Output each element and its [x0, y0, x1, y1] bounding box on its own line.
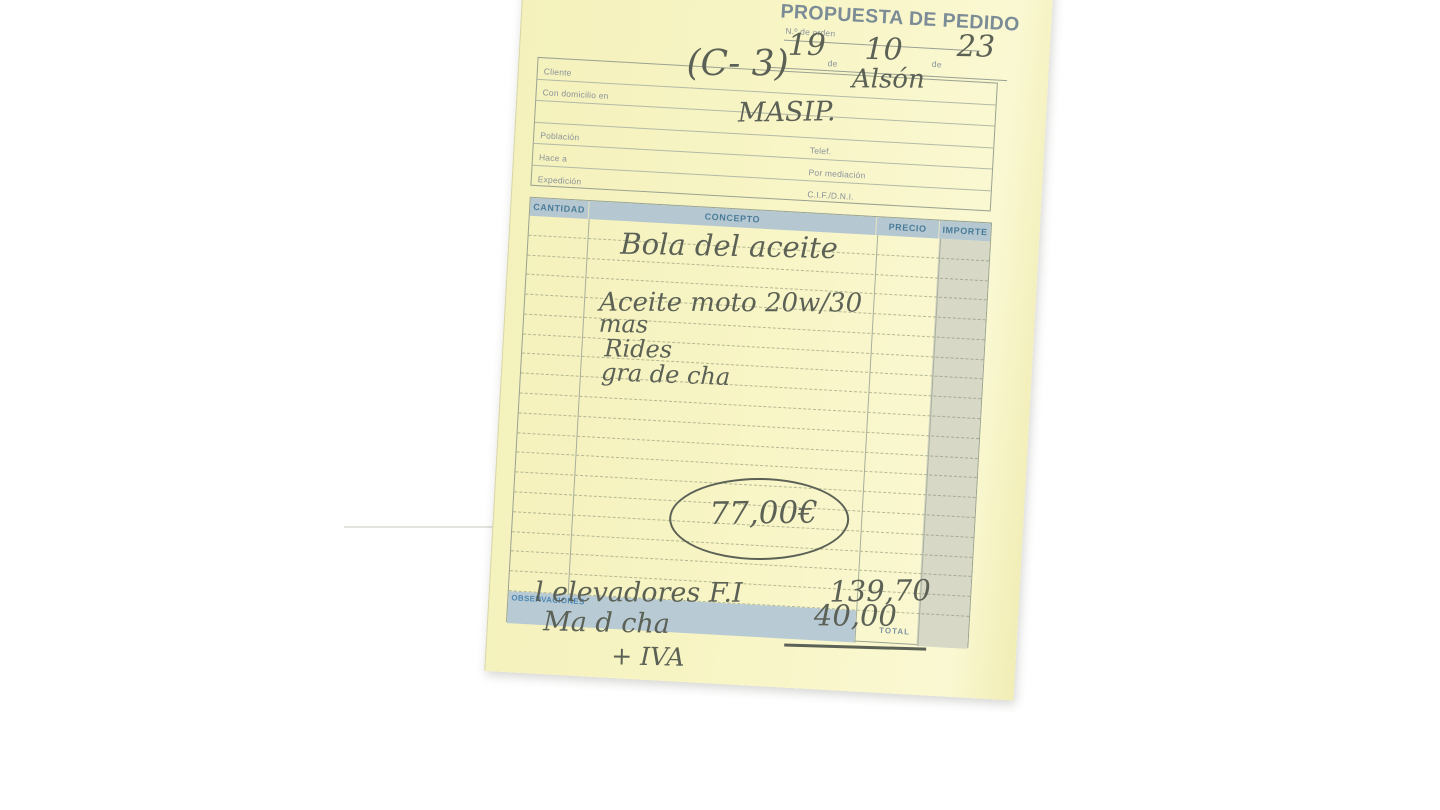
handwritten-iva-note: + IVA — [611, 643, 685, 670]
scan-background: PROPUESTA DE PEDIDO N.º de orden 19 de 1… — [0, 0, 1440, 810]
scan-artifact-line — [344, 526, 496, 528]
handwritten-entry-1: Bola del aceite — [620, 230, 838, 264]
handwritten-date-year: 23 — [957, 32, 996, 63]
handwritten-entry-3: mas — [599, 312, 649, 337]
cif-dni-label: C.I.F./D.N.I. — [807, 189, 854, 202]
handwritten-entry-5: gra de cha — [601, 360, 731, 389]
handwritten-observaciones-note: Ma d cha — [543, 608, 670, 638]
handwritten-date-day: 19 — [788, 31, 826, 61]
hace-a-label: Hace a — [539, 152, 568, 164]
poblacion-label: Población — [540, 130, 580, 142]
handwritten-cliente-value: (C- 3) — [686, 46, 788, 82]
handwritten-date-month: 10 — [864, 35, 903, 66]
handwritten-poblacion-value: MASIP. — [738, 98, 836, 126]
date-separator-1: de — [827, 58, 837, 69]
handwritten-elevadores-line: l elevadores F.I — [535, 579, 743, 607]
order-form-paper: PROPUESTA DE PEDIDO N.º de orden 19 de 1… — [484, 0, 1053, 700]
expedicion-label: Expedición — [538, 174, 582, 186]
telef-label: Telef. — [810, 145, 832, 156]
handwritten-domicilio-value: Alsón — [852, 66, 925, 92]
date-separator-2: de — [932, 59, 942, 70]
handwritten-total-amount: 40,00 — [814, 601, 897, 630]
por-mediacion-label: Por mediación — [808, 167, 865, 180]
domicilio-label: Con domicilio en — [542, 87, 609, 101]
cliente-label: Cliente — [544, 66, 572, 78]
handwritten-circled-amount: 77,00€ — [709, 497, 818, 530]
